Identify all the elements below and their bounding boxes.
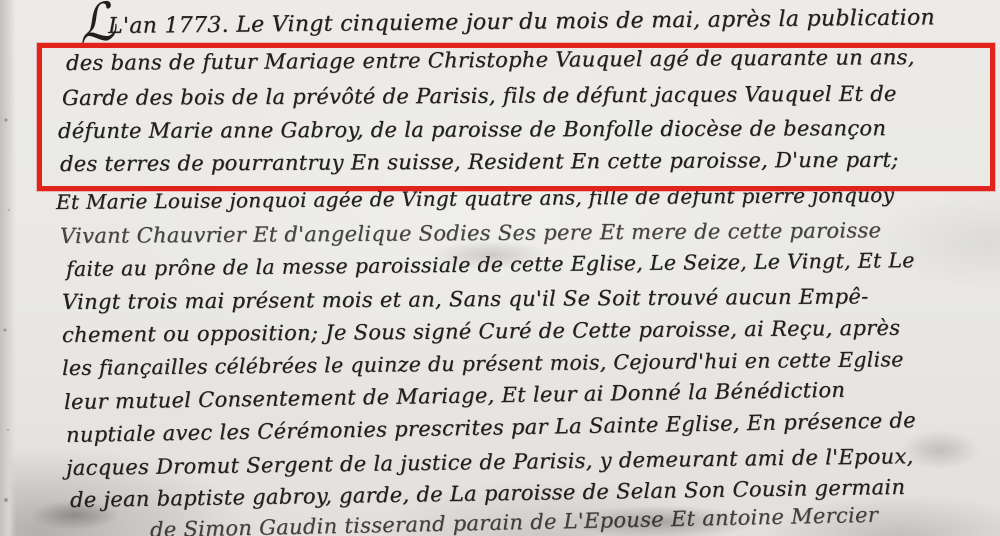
manuscript-line: Et Marie Louise jonquoi agée de Vingt qu… [56,183,894,214]
manuscript-line: Vivant Chauvrier Et d'angelique Sodies S… [60,218,881,248]
manuscript-line: nuptiale avec les Cérémonies prescrites … [66,408,916,447]
manuscript-line: chement ou opposition; Je Sous signé Cur… [62,316,900,347]
manuscript-line: Garde des bois de la prévôté de Parisis,… [62,82,897,110]
manuscript-line: des bans de futur Mariage entre Christop… [66,45,915,75]
manuscript-line: défunte Marie anne Gabroy, de la paroiss… [58,116,886,143]
manuscript-line: Vingt trois mai présent mois et an, Sans… [62,284,869,314]
manuscript-line: jacques Dromut Sergent de la justice de … [66,444,914,480]
manuscript-line: faite au prône de la messe paroissiale d… [66,248,915,281]
scan-edge-shadow [0,0,16,536]
manuscript-page: ℒ L'an 1773. Le Vingt cinquieme jour du … [0,0,1000,536]
manuscript-line: leur mutuel Consentement de Mariage, Et … [64,378,845,414]
manuscript-line: L'an 1773. Le Vingt cinquieme jour du mo… [108,5,935,39]
manuscript-line: les fiançailles célébrées le quinze du p… [62,347,904,380]
manuscript-line: des terres de pourrantruy En suisse, Res… [60,148,899,176]
